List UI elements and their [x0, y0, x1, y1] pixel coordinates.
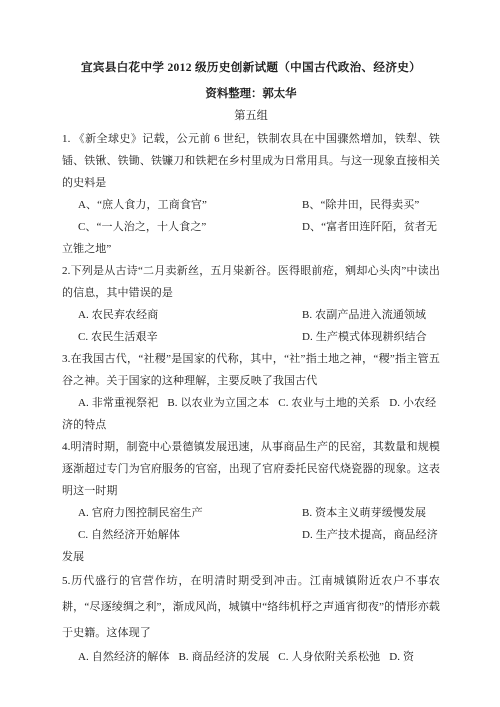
question-1: 1. 《新全球史》记载，公元前 6 世纪，铁制农具在中国骤然增加，铁犁、铁锸、铁…: [62, 128, 440, 260]
option-a: A. 农民弃农经商: [78, 304, 302, 326]
option-b: B. 农副产品进入流通领域: [302, 309, 426, 321]
options-row: A. 官府力图控制民窑生产B. 资本主义萌芽缓慢发展: [62, 502, 440, 524]
exam-page: 宜宾县白花中学 2012 级历史创新试题（中国古代政治、经济史） 资料整理：郭太…: [0, 0, 500, 707]
options-row: C. 农民生活艰辛D. 生产模式体现耕织结合: [62, 326, 440, 348]
question-stem: 5.历代盛行的官营作坊，在明清时期受到冲击。江南城镇附近农户不事农耕，“尽逐绫绸…: [62, 568, 440, 646]
question-stem: 1. 《新全球史》记载，公元前 6 世纪，铁制农具在中国骤然增加，铁犁、铁锸、铁…: [62, 128, 440, 194]
page-title: 宜宾县白花中学 2012 级历史创新试题（中国古代政治、经济史）: [62, 60, 440, 76]
option-b: B. 以农业为立国之本: [167, 397, 269, 409]
option-d: D. 生产模式体现耕织结合: [302, 331, 427, 343]
option-a: A. 官府力图控制民窑生产: [78, 502, 302, 524]
option-a: A、“庶人食力，工商食官”: [78, 194, 302, 216]
question-stem: 2.下列是从古诗“二月卖新丝，五月粜新谷。医得眼前疮，剜却心头肉”中读出的信息，…: [62, 260, 440, 304]
option-c: C、“一人治之，十人食之”: [78, 216, 302, 238]
question-3: 3.在我国古代，“社稷”是国家的代称，其中，“社”指土地之神，“稷”指主管五谷之…: [62, 348, 440, 436]
options-row: A. 农民弃农经商B. 农副产品进入流通领域: [62, 304, 440, 326]
option-a: A. 非常重视祭祀: [78, 397, 158, 409]
options-row: A. 自然经济的解体B. 商品经济的发展C. 人身依附关系松弛D. 资: [62, 646, 440, 668]
group-label: 第五组: [62, 109, 440, 124]
options-row: C. 自然经济开始解体D. 生产技术提高，商品经济发展: [62, 524, 440, 568]
question-2: 2.下列是从古诗“二月卖新丝，五月粜新谷。医得眼前疮，剜却心头肉”中读出的信息，…: [62, 260, 440, 348]
option-c: C. 人身依附关系松弛: [278, 651, 380, 663]
option-b: B. 商品经济的发展: [178, 651, 269, 663]
question-stem: 4.明清时期，制瓷中心景德镇发展迅速，从事商品生产的民窑，其数量和规模逐渐超过专…: [62, 436, 440, 502]
options-row: A. 非常重视祭祀B. 以农业为立国之本C. 农业与土地的关系D. 小农经济的特…: [62, 392, 440, 436]
option-a: A. 自然经济的解体: [78, 651, 169, 663]
question-5: 5.历代盛行的官营作坊，在明清时期受到冲击。江南城镇附近农户不事农耕，“尽逐绫绸…: [62, 568, 440, 668]
option-b: B. 资本主义萌芽缓慢发展: [302, 507, 426, 519]
question-stem: 3.在我国古代，“社稷”是国家的代称，其中，“社”指土地之神，“稷”指主管五谷之…: [62, 348, 440, 392]
option-c: C. 自然经济开始解体: [78, 524, 302, 546]
option-c: C. 农民生活艰辛: [78, 326, 302, 348]
options-row: C、“一人治之，十人食之”D、“富者田连阡陌，贫者无立锥之地”: [62, 216, 440, 260]
option-b: B、“除井田，民得卖买”: [302, 199, 419, 211]
question-4: 4.明清时期，制瓷中心景德镇发展迅速，从事商品生产的民窑，其数量和规模逐渐超过专…: [62, 436, 440, 568]
option-d: D. 资: [389, 651, 414, 663]
options-row: A、“庶人食力，工商食官”B、“除井田，民得卖买”: [62, 194, 440, 216]
option-c: C. 农业与土地的关系: [278, 397, 380, 409]
compiler-line: 资料整理：郭太华: [62, 87, 440, 102]
